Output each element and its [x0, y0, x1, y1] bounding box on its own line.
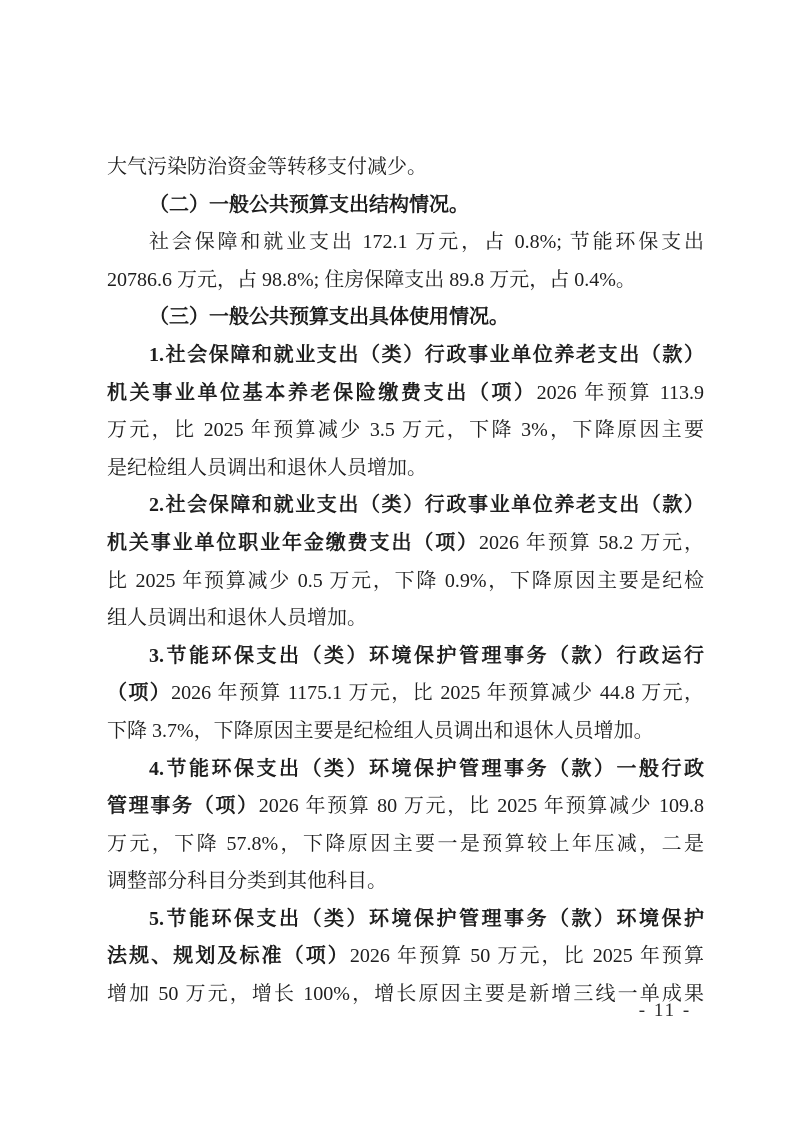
text-segment: 4.节能环保支出（类）环境保护管理事务（款）一般行政 [149, 758, 704, 780]
text-line: 万元，比 2025 年预算减少 3.5 万元，下降 3%，下降原因主要 [107, 412, 704, 450]
text-line: 增加 50 万元，增长 100%，增长原因主要是新增三线一单成果 [107, 976, 704, 1014]
text-line: 2.社会保障和就业支出（类）行政事业单位养老支出（款） [107, 487, 704, 525]
text-line: 1.社会保障和就业支出（类）行政事业单位养老支出（款） [107, 337, 704, 375]
text-line: 比 2025 年预算减少 0.5 万元，下降 0.9%，下降原因主要是纪检 [107, 563, 704, 601]
text-segment: 20786.6 万元，占 98.8%; 住房保障支出 89.8 万元，占 0.4… [107, 269, 636, 291]
text-segment: 2026 年预算 113.9 [537, 382, 704, 404]
text-segment: （二）一般公共预算支出结构情况。 [149, 194, 469, 216]
text-line: 组人员调出和退休人员增加。 [107, 600, 704, 638]
document-body: 大气污染防治资金等转移支付减少。（二）一般公共预算支出结构情况。社会保障和就业支… [107, 149, 704, 1014]
text-segment: 调整部分科目分类到其他科目。 [107, 870, 387, 892]
text-segment: （三）一般公共预算支出具体使用情况。 [149, 306, 509, 328]
text-line: 4.节能环保支出（类）环境保护管理事务（款）一般行政 [107, 751, 704, 789]
text-line: （项）2026 年预算 1175.1 万元，比 2025 年预算减少 44.8 … [107, 675, 704, 713]
text-line: 20786.6 万元，占 98.8%; 住房保障支出 89.8 万元，占 0.4… [107, 262, 704, 300]
text-segment: 2.社会保障和就业支出（类）行政事业单位养老支出（款） [149, 494, 704, 516]
text-segment: 法规、规划及标准（项） [107, 945, 350, 967]
text-line: 5.节能环保支出（类）环境保护管理事务（款）环境保护 [107, 901, 704, 939]
text-segment: （项） [107, 682, 171, 704]
text-line: 调整部分科目分类到其他科目。 [107, 863, 704, 901]
text-segment: 3.节能环保支出（类）环境保护管理事务（款）行政运行 [149, 645, 704, 667]
text-segment: 大气污染防治资金等转移支付减少。 [107, 156, 427, 178]
text-segment: 2026 年预算 58.2 万元， [479, 532, 704, 554]
text-segment: 万元，下降 57.8%，下降原因主要一是预算较上年压减，二是 [107, 833, 704, 855]
page-number: - 11 - [620, 1000, 710, 1022]
text-segment: 机关事业单位基本养老保险缴费支出（项） [107, 382, 537, 404]
text-line: （二）一般公共预算支出结构情况。 [107, 187, 704, 225]
text-segment: 社会保障和就业支出 172.1 万元，占 0.8%; 节能环保支出 [149, 231, 704, 253]
text-segment: 增加 50 万元，增长 100%，增长原因主要是新增三线一单成果 [107, 983, 704, 1005]
text-segment: 2026 年预算 1175.1 万元，比 2025 年预算减少 44.8 万元， [171, 682, 704, 704]
text-line: 是纪检组人员调出和退休人员增加。 [107, 450, 704, 488]
text-segment: 组人员调出和退休人员增加。 [107, 607, 367, 629]
text-segment: 是纪检组人员调出和退休人员增加。 [107, 457, 427, 479]
text-line: 机关事业单位职业年金缴费支出（项）2026 年预算 58.2 万元， [107, 525, 704, 563]
document-page: 大气污染防治资金等转移支付减少。（二）一般公共预算支出结构情况。社会保障和就业支… [0, 0, 793, 1122]
text-line: 3.节能环保支出（类）环境保护管理事务（款）行政运行 [107, 638, 704, 676]
text-line: （三）一般公共预算支出具体使用情况。 [107, 299, 704, 337]
text-line: 机关事业单位基本养老保险缴费支出（项）2026 年预算 113.9 [107, 375, 704, 413]
text-segment: 5.节能环保支出（类）环境保护管理事务（款）环境保护 [149, 908, 704, 930]
text-line: 万元，下降 57.8%，下降原因主要一是预算较上年压减，二是 [107, 826, 704, 864]
text-segment: 下降 3.7%，下降原因主要是纪检组人员调出和退休人员增加。 [107, 720, 654, 742]
text-segment: 1.社会保障和就业支出（类）行政事业单位养老支出（款） [149, 344, 704, 366]
text-segment: 比 2025 年预算减少 0.5 万元，下降 0.9%，下降原因主要是纪检 [107, 570, 704, 592]
text-line: 法规、规划及标准（项）2026 年预算 50 万元，比 2025 年预算 [107, 938, 704, 976]
text-segment: 2026 年预算 50 万元，比 2025 年预算 [350, 945, 704, 967]
text-segment: 2026 年预算 80 万元，比 2025 年预算减少 109.8 [259, 795, 704, 817]
text-line: 管理事务（项）2026 年预算 80 万元，比 2025 年预算减少 109.8 [107, 788, 704, 826]
text-line: 大气污染防治资金等转移支付减少。 [107, 149, 704, 187]
text-segment: 万元，比 2025 年预算减少 3.5 万元，下降 3%，下降原因主要 [107, 419, 704, 441]
text-line: 下降 3.7%，下降原因主要是纪检组人员调出和退休人员增加。 [107, 713, 704, 751]
text-segment: 机关事业单位职业年金缴费支出（项） [107, 532, 479, 554]
text-segment: 管理事务（项） [107, 795, 259, 817]
text-line: 社会保障和就业支出 172.1 万元，占 0.8%; 节能环保支出 [107, 224, 704, 262]
